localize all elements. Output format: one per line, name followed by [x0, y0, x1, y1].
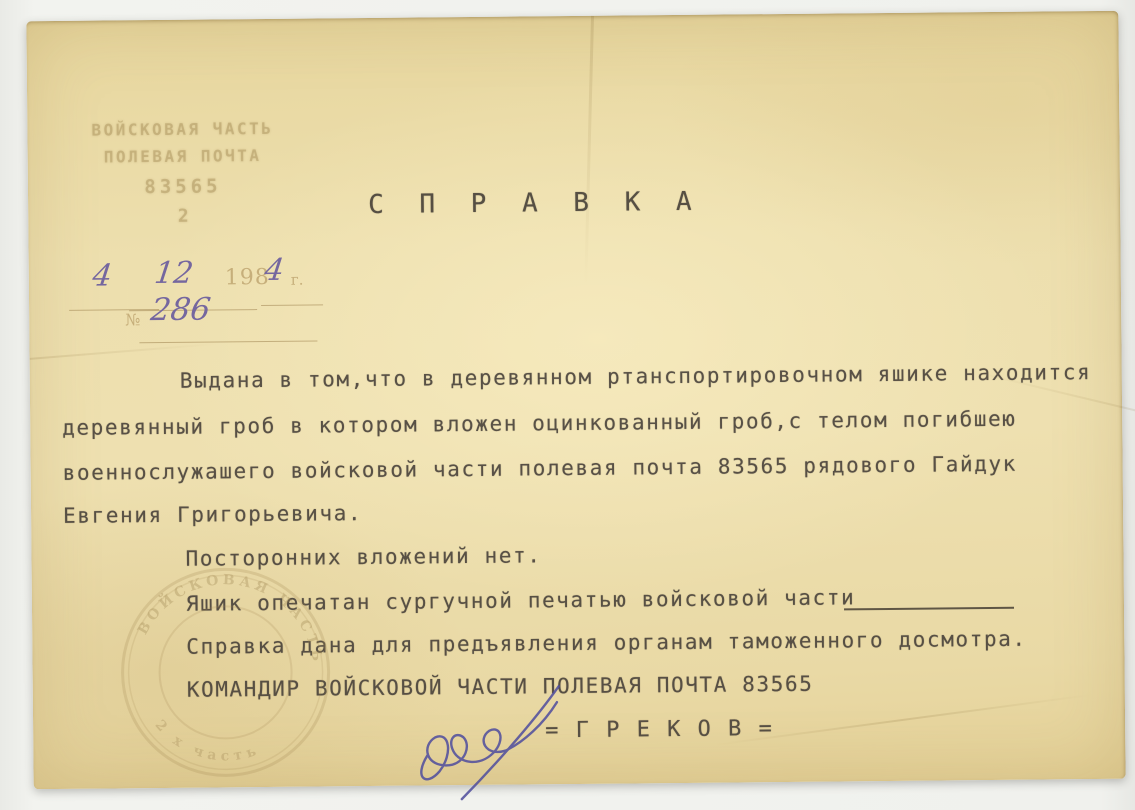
- document-title: С П Р А В К А: [368, 187, 702, 220]
- letterhead-unit-number: 83565: [68, 175, 298, 199]
- printed-number-sign: №: [125, 310, 140, 329]
- blank-underscore-line: [844, 607, 1014, 611]
- scanned-certificate-page: ВОЙСКОВАЯ ЧАСТЬ ПОЛЕВАЯ ПОЧТА 83565 2 С …: [26, 11, 1125, 789]
- letterhead-unit-line: ВОЙСКОВАЯ ЧАСТЬ: [67, 115, 297, 144]
- round-wax-stamp: ВОЙСКОВАЯ ЧАСТЬ 2 х часть: [112, 558, 340, 786]
- handwritten-day: 4: [90, 258, 114, 293]
- number-underline: [139, 340, 317, 343]
- commander-surname: = Г Р Е К О В =: [545, 716, 774, 743]
- letterhead-stamp: ВОЙСКОВАЯ ЧАСТЬ ПОЛЕВАЯ ПОЧТА 83565 2: [67, 115, 298, 228]
- printed-year-suffix: г.: [291, 271, 304, 289]
- body-line-coffin: деревянный гроб в котором вложен оцинков…: [62, 407, 1016, 440]
- handwritten-certificate-number: 286: [149, 291, 213, 328]
- body-line-serviceman: военнослужашего войсковой части полевая …: [63, 452, 1017, 485]
- body-line-issued: Выдана в том,что в деревянном ртанспорти…: [180, 360, 1092, 393]
- letterhead-fieldpost-line: ПОЛЕВАЯ ПОЧТА: [68, 142, 298, 171]
- paper-crease-vertical: [584, 16, 594, 286]
- handwritten-month: 12: [152, 256, 195, 291]
- handwritten-year-digit: 4: [262, 253, 286, 288]
- letterhead-index: 2: [68, 205, 298, 228]
- paper-crease-left: [30, 343, 220, 360]
- body-line-name: Евгения Григорьевича.: [63, 501, 362, 528]
- date-underline-year: [261, 304, 323, 306]
